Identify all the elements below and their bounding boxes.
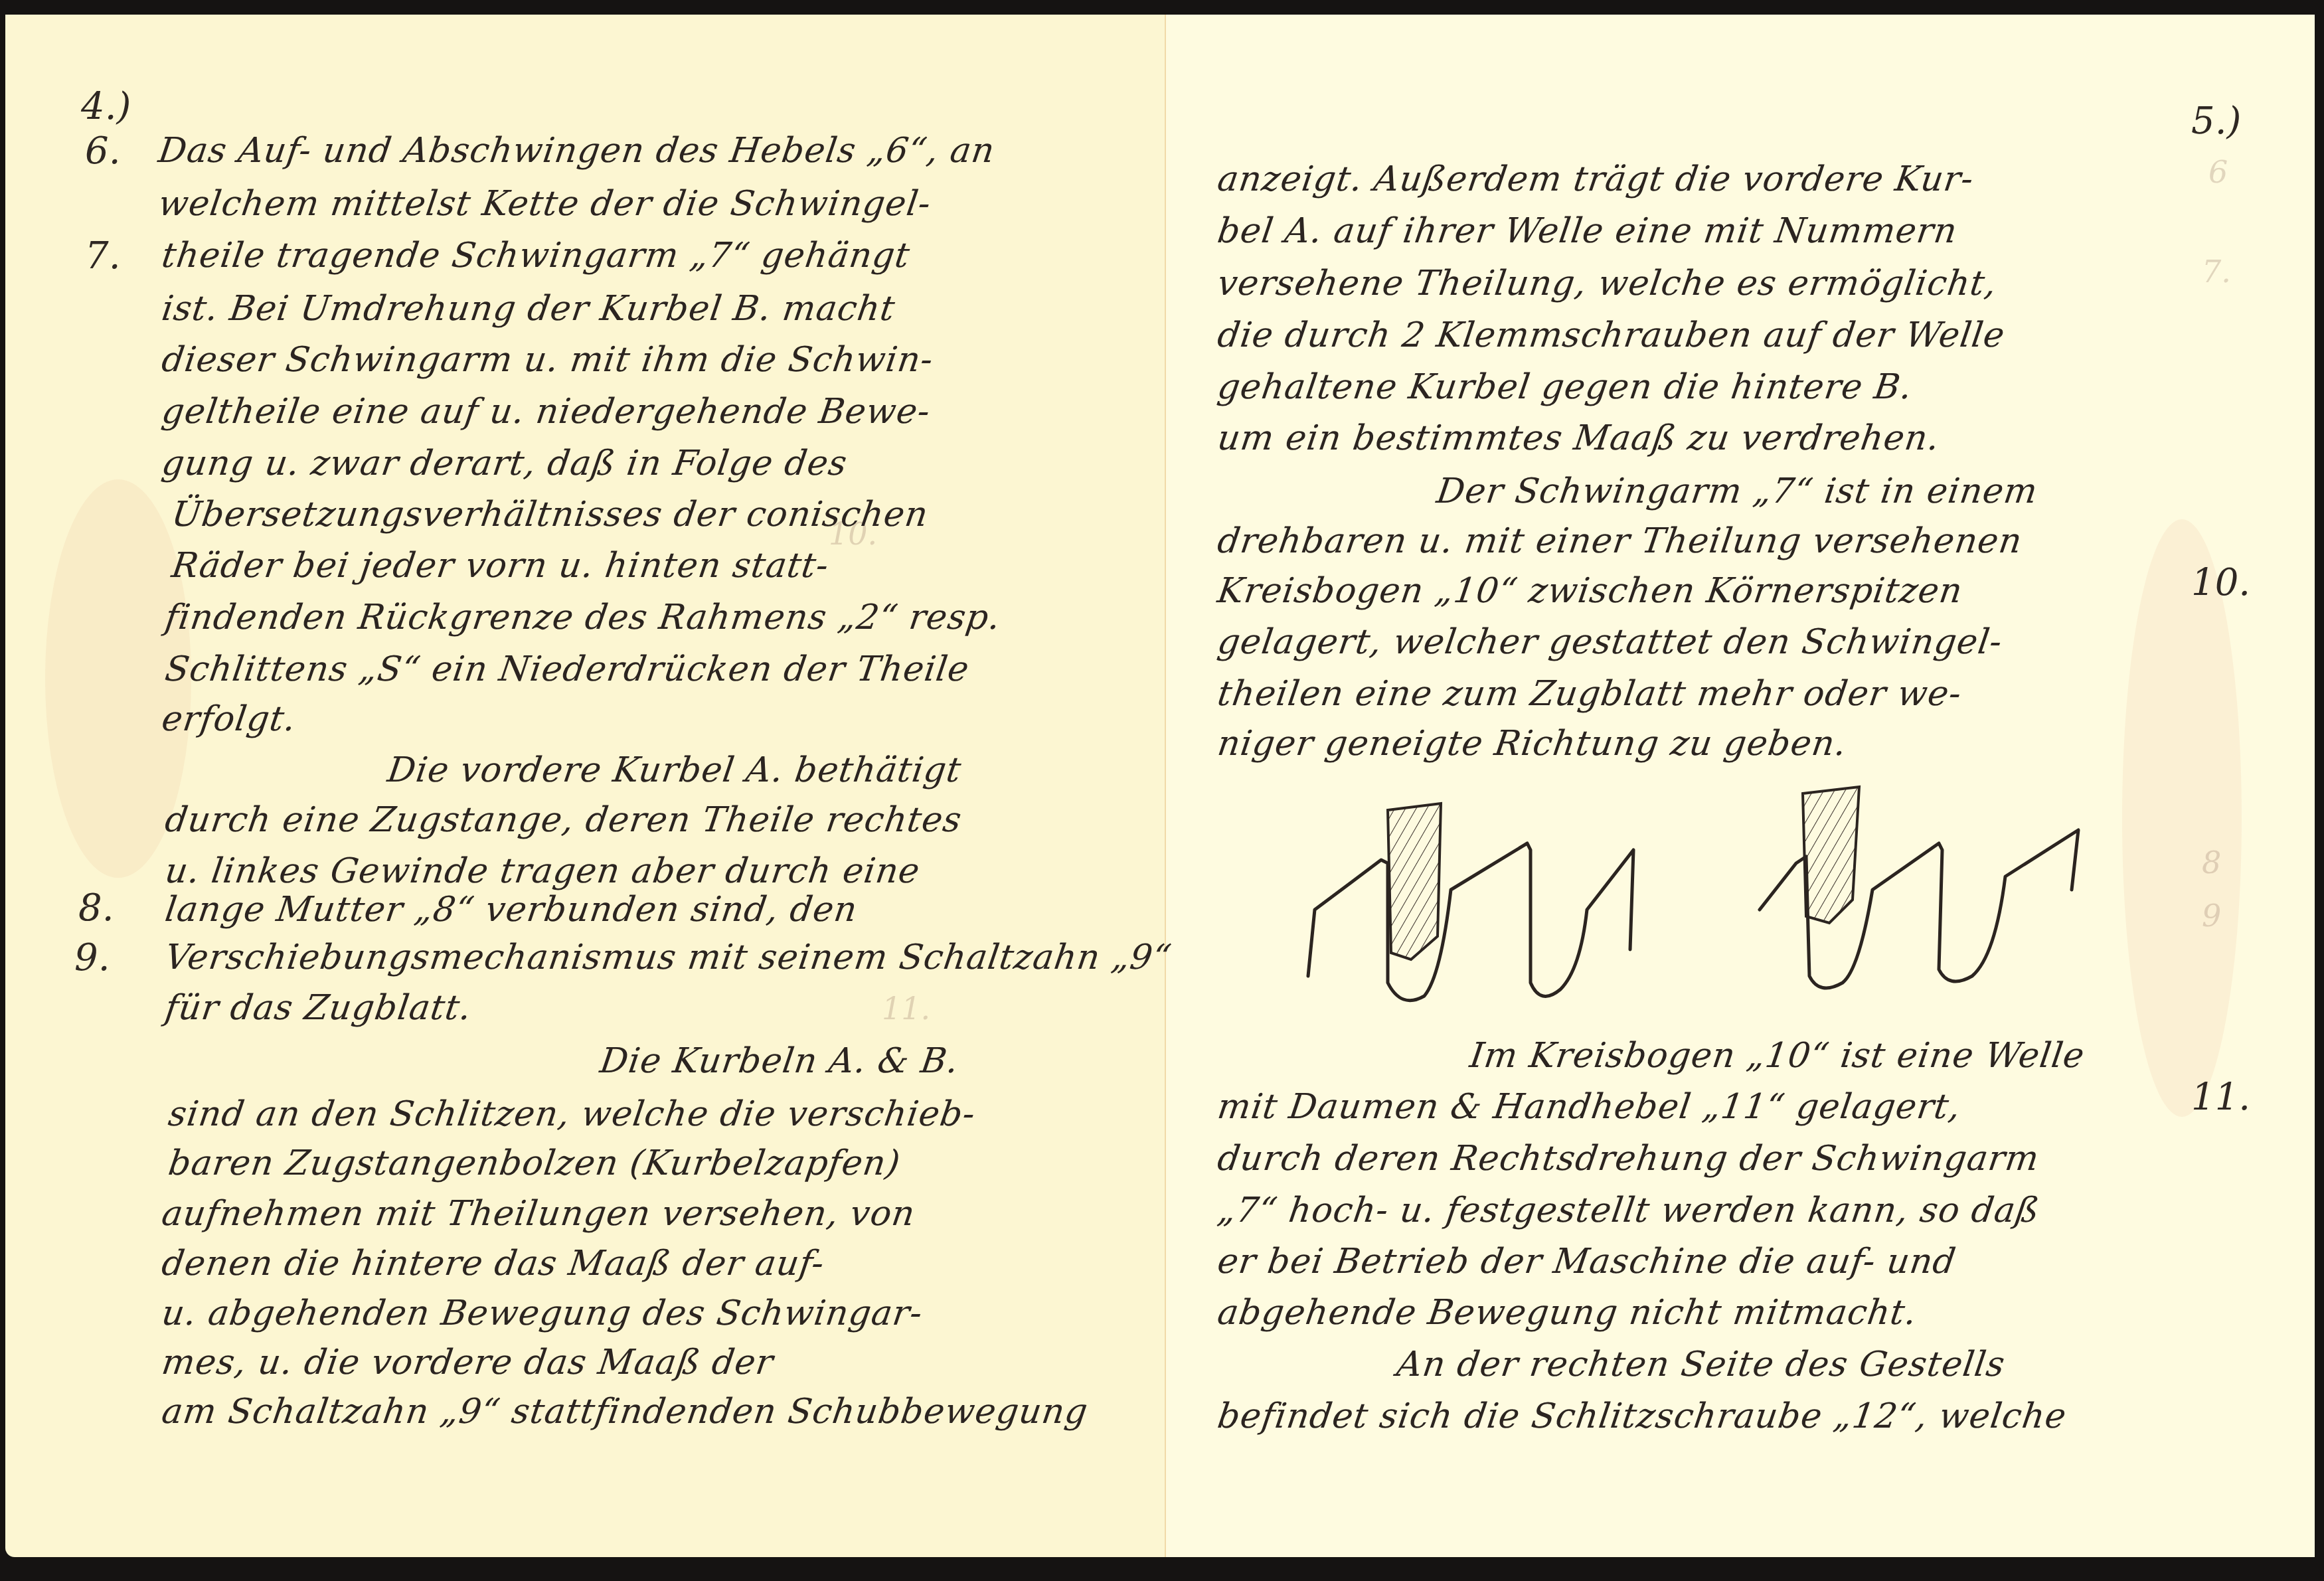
manuscript-line: geltheile eine auf u. niedergehende Bewe… xyxy=(159,392,933,432)
manuscript-line: abgehende Bewegung nicht mitmacht. xyxy=(1215,1293,1920,1333)
bleed-through-mark: 8 xyxy=(2202,845,2221,880)
manuscript-line: Der Schwingarm „7“ ist in einem xyxy=(1434,471,2040,511)
manuscript-line: gelagert, welcher gestattet den Schwinge… xyxy=(1215,622,2005,662)
margin-number: 10. xyxy=(2191,561,2250,604)
margin-number: 6. xyxy=(85,129,120,173)
manuscript-line: für das Zugblatt. xyxy=(163,988,474,1028)
manuscript-line: niger geneigte Richtung zu geben. xyxy=(1215,724,1849,764)
manuscript-line: die durch 2 Klemmschrauben auf der Welle xyxy=(1215,315,2007,355)
manuscript-line: durch deren Rechtsdrehung der Schwingarm xyxy=(1215,1139,2042,1179)
manuscript-line: aufnehmen mit Theilungen versehen, von xyxy=(159,1194,918,1234)
manuscript-line: mes, u. die vordere das Maaß der xyxy=(159,1343,776,1382)
hatched-tool-bar-icon xyxy=(1803,787,1859,923)
manuscript-line: Räder bei jeder vorn u. hinten statt- xyxy=(169,546,831,586)
manuscript-line: ist. Bei Umdrehung der Kurbel B. macht xyxy=(159,289,898,329)
page-number-right: 5.) xyxy=(2191,100,2241,143)
page-number-left: 4.) xyxy=(81,85,131,128)
manuscript-line: Übersetzungsverhältnisses der conischen xyxy=(169,495,931,535)
margin-number: 11. xyxy=(2191,1076,2250,1119)
manuscript-line: anzeigt. Außerdem trägt die vordere Kur- xyxy=(1215,159,1976,199)
manuscript-line: er bei Betrieb der Maschine die auf- und xyxy=(1215,1242,1959,1282)
manuscript-line: drehbaren u. mit einer Theilung versehen… xyxy=(1215,521,2025,561)
manuscript-line: Kreisbogen „10“ zwischen Körnerspitzen xyxy=(1215,571,1965,611)
bleed-through-mark: 7. xyxy=(2202,254,2231,290)
manuscript-line: findenden Rückgrenze des Rahmens „2“ res… xyxy=(163,598,1003,637)
manuscript-line: mit Daumen & Handhebel „11“ gelagert, xyxy=(1215,1087,1963,1127)
bleed-through-mark: 9 xyxy=(2202,898,2221,934)
manuscript-line: An der rechten Seite des Gestells xyxy=(1394,1345,2008,1384)
manuscript-line: Schlittens „S“ ein Niederdrücken der The… xyxy=(163,649,972,689)
manuscript-line: u. abgehenden Bewegung des Schwingar- xyxy=(159,1293,925,1333)
manuscript-line: gehaltene Kurbel gegen die hintere B. xyxy=(1215,367,1915,407)
manuscript-line: bel A. auf ihrer Welle eine mit Nummern xyxy=(1215,211,1960,251)
manuscript-line: „7“ hoch- u. festgestellt werden kann, s… xyxy=(1215,1191,2042,1230)
manuscript-line: theile tragende Schwingarm „7“ gehängt xyxy=(159,236,912,276)
manuscript-line: sind an den Schlitzen, welche die versch… xyxy=(166,1094,978,1134)
paper-stain xyxy=(2122,519,2242,1117)
manuscript-line: dieser Schwingarm u. mit ihm die Schwin- xyxy=(159,340,936,380)
bleed-through-mark: 6 xyxy=(2208,154,2228,190)
manuscript-line: welchem mittelst Kette der die Schwingel… xyxy=(156,184,934,224)
manuscript-line: Das Auf- und Abschwingen des Hebels „6“,… xyxy=(156,131,997,171)
manuscript-line: erfolgt. xyxy=(159,699,299,739)
manuscript-line: Im Kreisbogen „10“ ist eine Welle xyxy=(1467,1036,2087,1076)
manuscript-line: theilen eine zum Zugblatt mehr oder we- xyxy=(1215,674,1964,714)
margin-number: 8. xyxy=(78,886,114,930)
hatched-tool-bar-icon xyxy=(1388,803,1441,959)
manuscript-line: Die Kurbeln A. & B. xyxy=(598,1041,961,1081)
manuscript-line: befindet sich die Schlitzschraube „12“, … xyxy=(1215,1396,2069,1436)
manuscript-line: Verschiebungsmechanismus mit seinem Scha… xyxy=(163,938,1174,977)
manuscript-line: um ein bestimmtes Maaß zu verdrehen. xyxy=(1215,418,1942,458)
manuscript-line: lange Mutter „8“ verbunden sind, den xyxy=(163,890,860,930)
manuscript-line: gung u. zwar derart, daß in Folge des xyxy=(159,444,850,483)
manuscript-line: Die vordere Kurbel A. bethätigt xyxy=(385,750,964,790)
manuscript-line: durch eine Zugstange, deren Theile recht… xyxy=(163,800,964,840)
manuscript-line: am Schaltzahn „9“ stattfindenden Schubbe… xyxy=(159,1392,1090,1432)
margin-number: 9. xyxy=(74,936,110,979)
saw-tooth-figure xyxy=(1301,784,2138,1009)
bleed-through-mark: 11. xyxy=(882,991,930,1027)
manuscript-line: versehene Theilung, welche es ermöglicht… xyxy=(1215,264,1999,303)
manuscript-line: u. linkes Gewinde tragen aber durch eine xyxy=(163,851,922,891)
manuscript-line: denen die hintere das Maaß der auf- xyxy=(159,1244,827,1284)
manuscript-line: baren Zugstangenbolzen (Kurbelzapfen) xyxy=(166,1143,903,1183)
margin-number: 7. xyxy=(85,234,120,278)
